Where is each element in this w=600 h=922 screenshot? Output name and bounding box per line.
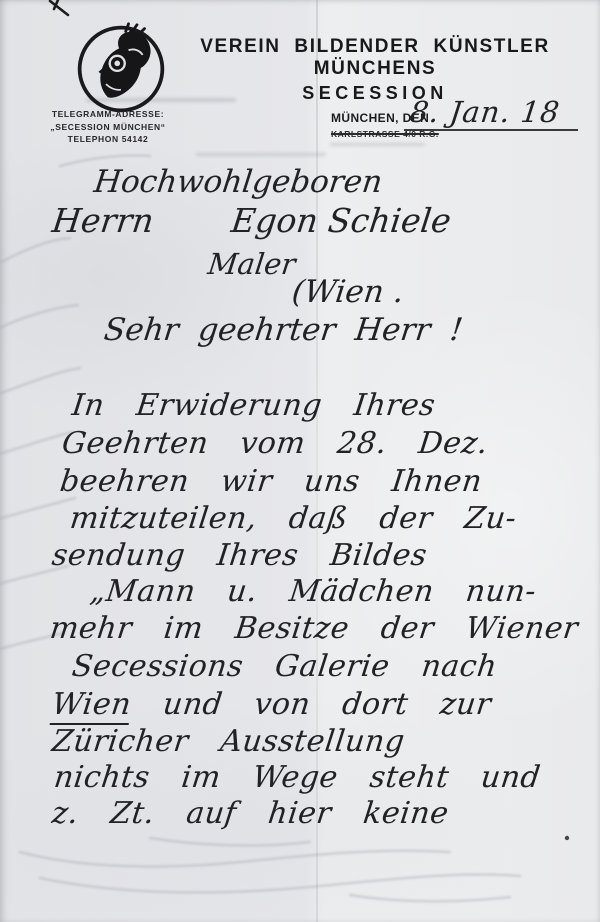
org-name-line1: VEREIN BILDENDER KÜNSTLER MÜNCHENS <box>150 36 600 80</box>
letter-line: mitzuteilen, daß der Zu- <box>68 501 518 536</box>
letter-line: Geehrten vom 28. Dez. <box>60 426 490 461</box>
handwritten-date: 8. Jan. 18 <box>408 95 562 129</box>
corner-pen-mark <box>44 0 84 24</box>
telegram-address: „SECESSION MÜNCHEN“ <box>18 121 198 134</box>
letter-line: Wien und von dort zur <box>50 687 493 722</box>
letter-page: VEREIN BILDENDER KÜNSTLER MÜNCHENS SECES… <box>0 0 600 922</box>
telegram-address-block: TELEGRAMM-ADRESSE: „SECESSION MÜNCHEN“ T… <box>18 108 198 146</box>
salutation: Sehr geehrter Herr ! <box>102 312 465 348</box>
ink-smudge <box>196 153 326 156</box>
ink-smudge <box>330 143 425 146</box>
org-title: VEREIN BILDENDER KÜNSTLER MÜNCHENS SECES… <box>150 36 600 104</box>
letter-line: sendung Ihres Bildes <box>50 538 429 573</box>
recipient-herrn: Herrn <box>50 201 156 240</box>
letter-line: Züricher Ausstellung <box>50 724 407 759</box>
telephone-number: TELEPHON 54142 <box>18 133 198 146</box>
recipient-honorific: Hochwohlgeboren <box>92 164 384 200</box>
letter-line-text: und von dort zur <box>129 687 493 722</box>
letter-line: mehr im Besitze der Wiener <box>48 611 580 646</box>
ink-dot <box>563 834 571 842</box>
letter-line: In Erwiderung Ihres <box>70 388 437 423</box>
underlined-word-wien: Wien <box>50 687 134 725</box>
recipient-city: (Wien . <box>290 274 406 310</box>
telegram-label: TELEGRAMM-ADRESSE: <box>18 108 198 121</box>
letter-line: z. Zt. auf hier keine <box>50 796 451 831</box>
letter-line: nichts im Wege steht und <box>52 760 543 795</box>
recipient-profession: Maler <box>206 247 297 281</box>
recipient-name: Egon Schiele <box>229 201 453 240</box>
recipient-name-line: HerrnEgon Schiele <box>50 201 453 240</box>
struck-street-address: KARLSTRASSE 4/0 R.G. <box>331 129 439 139</box>
letter-line: Secessions Galerie nach <box>70 649 499 684</box>
letter-line: beehren wir uns Ihnen <box>58 464 484 499</box>
letter-line: „Mann u. Mädchen nun- <box>88 574 538 609</box>
